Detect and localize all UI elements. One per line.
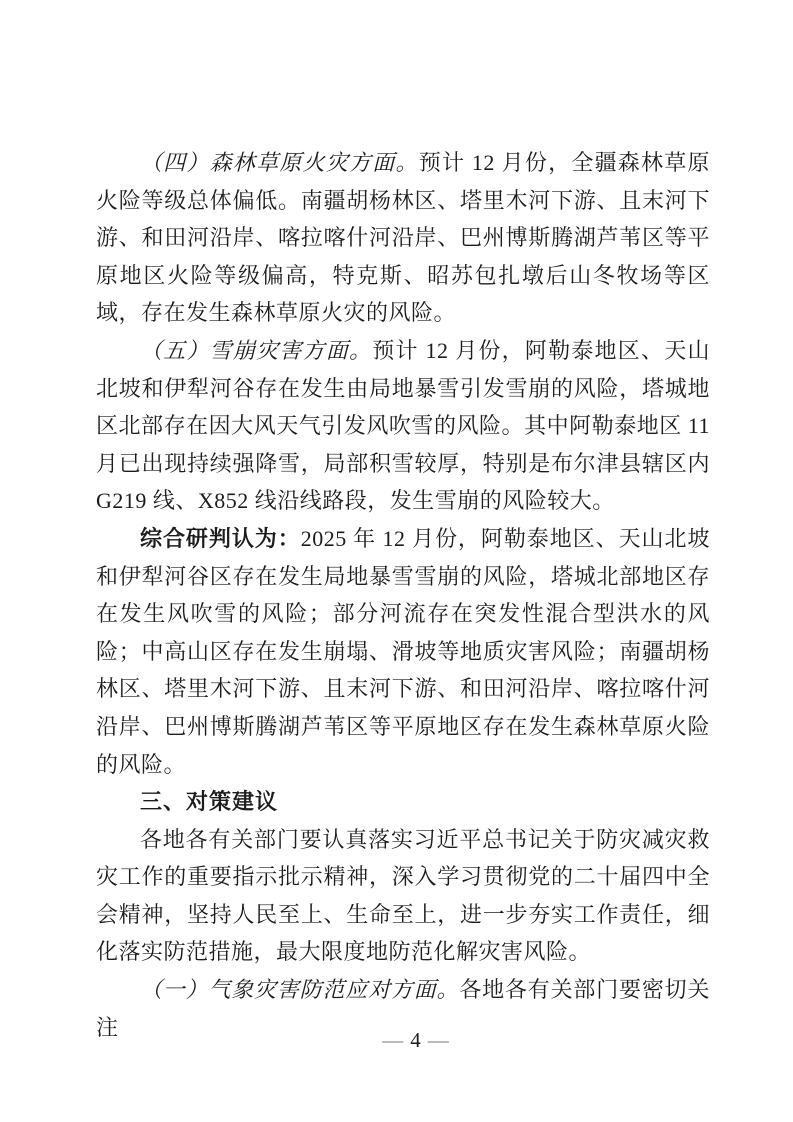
page-footer: —4— bbox=[19, 1028, 793, 1052]
paragraph-lead-meteorological-prevention: （一）气象灾害防范应对方面。 bbox=[140, 977, 459, 1002]
paragraph-implementation-requirements: 各地各有关部门要认真落实习近平总书记关于防灾减灾救灾工作的重要指示批示精神，深入… bbox=[96, 821, 710, 971]
page-number-dash-left: — bbox=[375, 1028, 410, 1052]
page-number-dash-right: — bbox=[421, 1028, 456, 1052]
paragraph-avalanche-hazard: （五）雪崩灾害方面。预计 12 月份，阿勒泰地区、天山北坡和伊犁河谷存在发生由局… bbox=[96, 332, 710, 520]
paragraph-comprehensive-judgment: 综合研判认为：2025 年 12 月份，阿勒泰地区、天山北坡和伊犁河谷区存在发生… bbox=[96, 520, 710, 783]
document-body: （四）森林草原火灾方面。预计 12 月份，全疆森林草原火险等级总体偏低。南疆胡杨… bbox=[96, 144, 710, 1046]
paragraph-text-implementation-requirements: 各地各有关部门要认真落实习近平总书记关于防灾减灾救灾工作的重要指示批示精神，深入… bbox=[96, 827, 710, 965]
section-heading-countermeasures: 三、对策建议 bbox=[96, 783, 710, 821]
paragraph-forest-grassland-fire: （四）森林草原火灾方面。预计 12 月份，全疆森林草原火险等级总体偏低。南疆胡杨… bbox=[96, 144, 710, 332]
paragraph-text-comprehensive-judgment: 2025 年 12 月份，阿勒泰地区、天山北坡和伊犁河谷区存在发生局地暴雪雪崩的… bbox=[96, 526, 710, 777]
page-number: 4 bbox=[410, 1028, 421, 1052]
paragraph-lead-forest-grassland-fire: （四）森林草原火灾方面。 bbox=[140, 150, 419, 175]
paragraph-text-avalanche-hazard: 预计 12 月份，阿勒泰地区、天山北坡和伊犁河谷存在发生由局地暴雪引发雪崩的风险… bbox=[96, 338, 710, 513]
paragraph-lead-comprehensive-judgment: 综合研判认为： bbox=[140, 526, 301, 551]
document-page: （四）森林草原火灾方面。预计 12 月份，全疆森林草原火险等级总体偏低。南疆胡杨… bbox=[0, 0, 793, 1122]
paragraph-text-forest-grassland-fire: 预计 12 月份，全疆森林草原火险等级总体偏低。南疆胡杨林区、塔里木河下游、且末… bbox=[96, 150, 710, 325]
paragraph-lead-avalanche-hazard: （五）雪崩灾害方面。 bbox=[140, 338, 372, 363]
